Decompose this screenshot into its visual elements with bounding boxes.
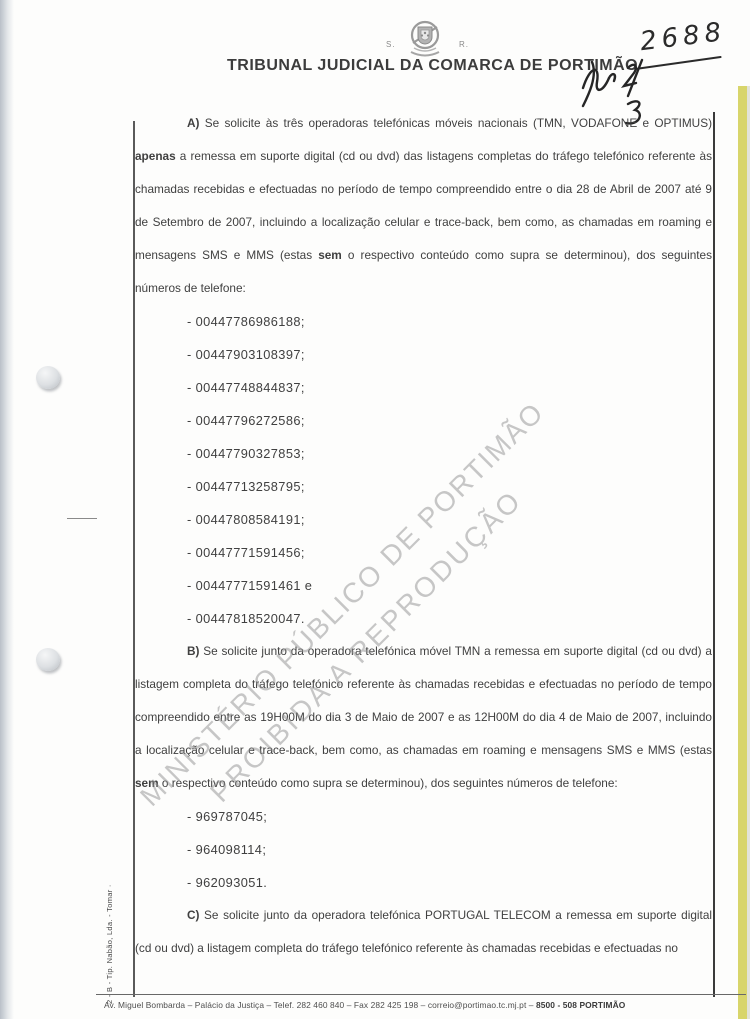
left-margin-tick bbox=[67, 518, 97, 519]
paragraph: B) Se solicite junto da operadora telefó… bbox=[135, 635, 712, 800]
paragraph: C) Se solicite junto da operadora telefó… bbox=[135, 899, 712, 965]
portugal-coat-of-arms-icon bbox=[403, 16, 447, 62]
phone-number-item: - 00447771591456; bbox=[187, 536, 712, 569]
phone-number-item: - 00447790327853; bbox=[187, 437, 712, 470]
phone-number-item: - 00447818520047. bbox=[187, 602, 712, 635]
printer-credit: 2 - B - Tip. Nabão, Lda. - Tomar · bbox=[105, 884, 114, 1004]
footer-rule bbox=[96, 994, 746, 995]
phone-number-item: - 00447796272586; bbox=[187, 404, 712, 437]
emblem-right-label: R. bbox=[459, 40, 469, 49]
phone-number-item: - 00447748844837; bbox=[187, 371, 712, 404]
phone-number-item: - 00447786986188; bbox=[187, 305, 712, 338]
footer-address-phone: Av. Miguel Bombarda – Palácio da Justiça… bbox=[104, 1000, 536, 1010]
scanned-court-document-page: S. R. TRIBUNAL JUDICIAL DA COMARCA DE PO… bbox=[0, 0, 750, 1019]
phone-number-item: - 969787045; bbox=[187, 800, 712, 833]
right-margin-rule bbox=[713, 112, 715, 997]
phone-number-item: - 00447808584191; bbox=[187, 503, 712, 536]
phone-number-item: - 962093051. bbox=[187, 866, 712, 899]
hole-punch-top bbox=[36, 366, 60, 389]
document-body: A) Se solicite às três operadoras telefó… bbox=[135, 107, 712, 965]
page-edge-yellow-strip bbox=[738, 86, 747, 1019]
phone-number-item: - 00447713258795; bbox=[187, 470, 712, 503]
scan-left-edge bbox=[0, 0, 14, 1019]
footer-contact-line: Av. Miguel Bombarda – Palácio da Justiça… bbox=[104, 1000, 746, 1010]
phone-number-item: - 00447771591461 e bbox=[187, 569, 712, 602]
footer-postal-code: 8500 - 508 PORTIMÃO bbox=[536, 1000, 625, 1010]
hole-punch-bottom bbox=[36, 648, 60, 671]
emblem-left-label: S. bbox=[386, 40, 396, 49]
paragraph: A) Se solicite às três operadoras telefó… bbox=[135, 107, 712, 305]
phone-number-item: - 964098114; bbox=[187, 833, 712, 866]
phone-number-item: - 00447903108397; bbox=[187, 338, 712, 371]
